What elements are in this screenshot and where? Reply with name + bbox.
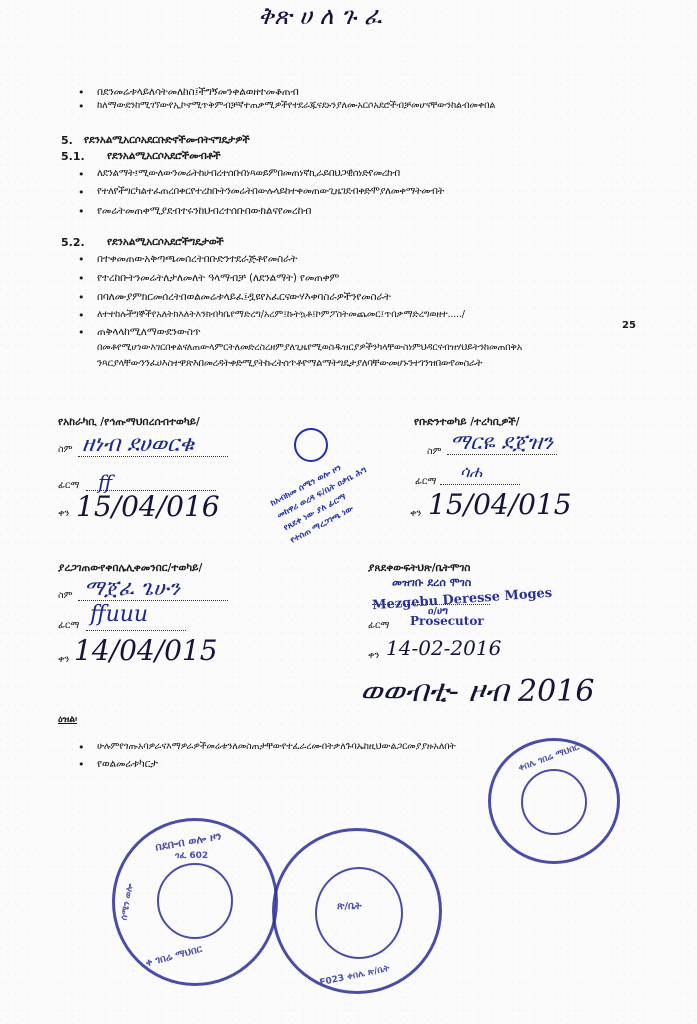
stamp-inner-ring (315, 867, 403, 959)
handwritten-name: ማጀፈ ጌሁን (84, 576, 180, 601)
bullet-icon: • (78, 291, 85, 304)
date-label: ቀን (410, 508, 421, 519)
signature-label: ፊርማ (415, 476, 436, 487)
signature-block-title: የአከራካቢ /የኅጡማህበረሰብተወካይ/ (58, 416, 200, 429)
bullet-icon: • (78, 309, 85, 322)
bullet-icon: • (78, 86, 85, 99)
signature-block-title: የቡድንተወካይ /ተረካቢዎች/ (414, 416, 520, 429)
handwritten-signature: ሳሐ (460, 462, 482, 482)
duty-continuation: ንጻርያላቸውንንፈሀእስተዋጽእበመረዳትቀድሚያትኩረትሰጥቶየማልማትግዴ… (97, 358, 482, 369)
bullet-icon: • (78, 186, 85, 199)
handwritten-name: ዘነብ ደሀወርቁ (82, 432, 194, 457)
subsection-number: 5.1. (61, 150, 85, 163)
subsection-title: የደንአልሚአርሶአደሮችግዴታወች (107, 236, 224, 249)
bullet-icon: • (78, 326, 85, 339)
section-number: 5. (61, 134, 73, 147)
round-stamp-left: በደቡብ ወሎ ዞን ጎፈ 602 ሰሜን ወሎ ቀ ገበሬ ማህበር (112, 818, 278, 986)
bullet-icon: • (78, 758, 85, 771)
round-stamp-right: ቀበሌ ገበሬ ማህበር (488, 738, 620, 864)
handwritten-date: 15/04/015 (428, 488, 572, 521)
signature-label: ፊርማ (368, 620, 389, 631)
signature-line (86, 630, 186, 631)
document-page: ቅጽ ሀ ለ ጉ ፈ • በደንመሬቱላይለሳትመለከስ፤ችግኝመንቀልወዘተመ… (0, 0, 697, 1024)
subsection-title: የደንአልሚአርሶአደሮችመብቶች (107, 150, 221, 163)
name-label: ስም (427, 446, 441, 457)
intro-bullet: ከለማውደንከሚገኘውየኢኮኖሚጥቅምብቻኛተጠቃሚዎችየተደራጁናደኑንያለሙ… (97, 100, 495, 111)
page-number: 25 (622, 320, 636, 331)
signature-block-title: ያጸደቀውፍትህጽ/ቤትሞገስ (368, 562, 470, 575)
attachments-label: ዕዝል፡ (58, 714, 77, 725)
duty-continuation: በመቶየሚሆነውእገርበቀልናለጠውላምርትለመድረስረዘምያለጊዜየሚወስዱዝ… (97, 342, 522, 353)
bullet-icon: • (78, 741, 85, 754)
duty-bullet: ለተተከሉችግኞችየአለትክእለትእንክብካቤየማድረግ/አረም፤ኩትኳቶ፤ኮም… (97, 309, 465, 320)
bullet-icon: • (78, 253, 85, 266)
name-label: ስም (58, 444, 72, 455)
handwritten-signature: ffuuu (90, 602, 148, 627)
duty-bullet: በተቀመጠውአቅጣጫመሰረትበቡድንተደራጅቶየመስራት (97, 253, 297, 266)
signature-line (440, 484, 520, 485)
handwritten-date: 14-02-2016 (386, 636, 501, 660)
rights-bullet: ለደንልማት፤ሚውለውንመሬትከሀብረተሰቡበነጻወይምበመጠነኛኪራይበህጋዊ… (97, 168, 400, 179)
signature-block-title: ያረጋገጠውየቀበሌሊቀመንበር/ተወካይ/ (58, 562, 202, 575)
date-label: ቀን (58, 654, 69, 665)
handwritten-name: ማርዬ ደጀዝን (450, 430, 553, 455)
date-label: ቀን (58, 508, 69, 519)
prosecutor-name-stamp-amharic: መዝገቡ ደረሰ ሞገስ (392, 576, 471, 590)
seal-icon (294, 428, 328, 462)
duty-bullet: በባለሙያምክርመሰረትበወልመሬቱላይፈ፤ዷዩየአፈርናውሃእቀባስራዎችንየ… (97, 291, 391, 304)
bullet-icon: • (78, 272, 85, 285)
duty-bullet: ጠቅላላከሚለማውደንውስጥ (97, 326, 200, 339)
prosecutor-role-stamp: Prosecutor (410, 614, 484, 628)
attachment-item: ሁሉምየጎጡአባዎራናእማዎራዎችመሬቱንለመስጠታቸውየተፈራረሙበትቃለጉባ… (97, 741, 456, 752)
section-title: የደንአልሚአርሶአደርቡድኖችመብትናግዴታዎች (84, 134, 250, 147)
signature-label: ፊርማ (58, 620, 79, 631)
name-line (372, 604, 490, 605)
handwritten-title: ቅጽ ሀ ለ ጉ ፈ (258, 2, 382, 30)
approval-stamp: ከአብክመ ሰሜን ወሎ ዞን መከዋሪ ወረዳ ፍ/ቤት ዐቃቤ ሕግ የጸደ… (268, 451, 383, 547)
bullet-icon: • (78, 100, 85, 113)
bullet-icon: • (78, 205, 85, 218)
bullet-icon: • (78, 168, 85, 181)
date-label: ቀን (368, 650, 379, 661)
handwritten-date: 14/04/015 (74, 634, 218, 667)
subsection-number: 5.2. (61, 236, 85, 249)
duty-bullet: የተረከቡትንመሬትለታለመለት ዓላማብቻ (ለደንልማት) የመጠቀም (97, 272, 339, 285)
name-label: ስም (58, 590, 72, 601)
round-stamp-middle: ጽ/ቤት F023 ቀበሌ ጽ/ቤት (272, 828, 442, 994)
handwritten-signature: ወወብቲ- ዞብ 2016 (360, 674, 594, 709)
attachment-item: የወልመሬቱካርታ (97, 758, 158, 771)
stamp-inner-ring (157, 863, 233, 939)
rights-bullet: የተለየችግርካልተፈጠረበቀርየተረከቡትንመሬትበውሉላይከተቀመጠውጊዜገ… (97, 186, 444, 197)
rights-bullet: የመሬትመጠቀሚያደብተሩንከህብረተሰቡበውክልናየመረከብ (97, 205, 311, 218)
stamp-inner-ring (521, 769, 587, 835)
intro-bullet: በደንመሬቱላይለሳትመለከስ፤ችግኝመንቀልወዘተመቆጠብ (97, 86, 299, 99)
handwritten-date: 15/04/016 (76, 490, 220, 523)
